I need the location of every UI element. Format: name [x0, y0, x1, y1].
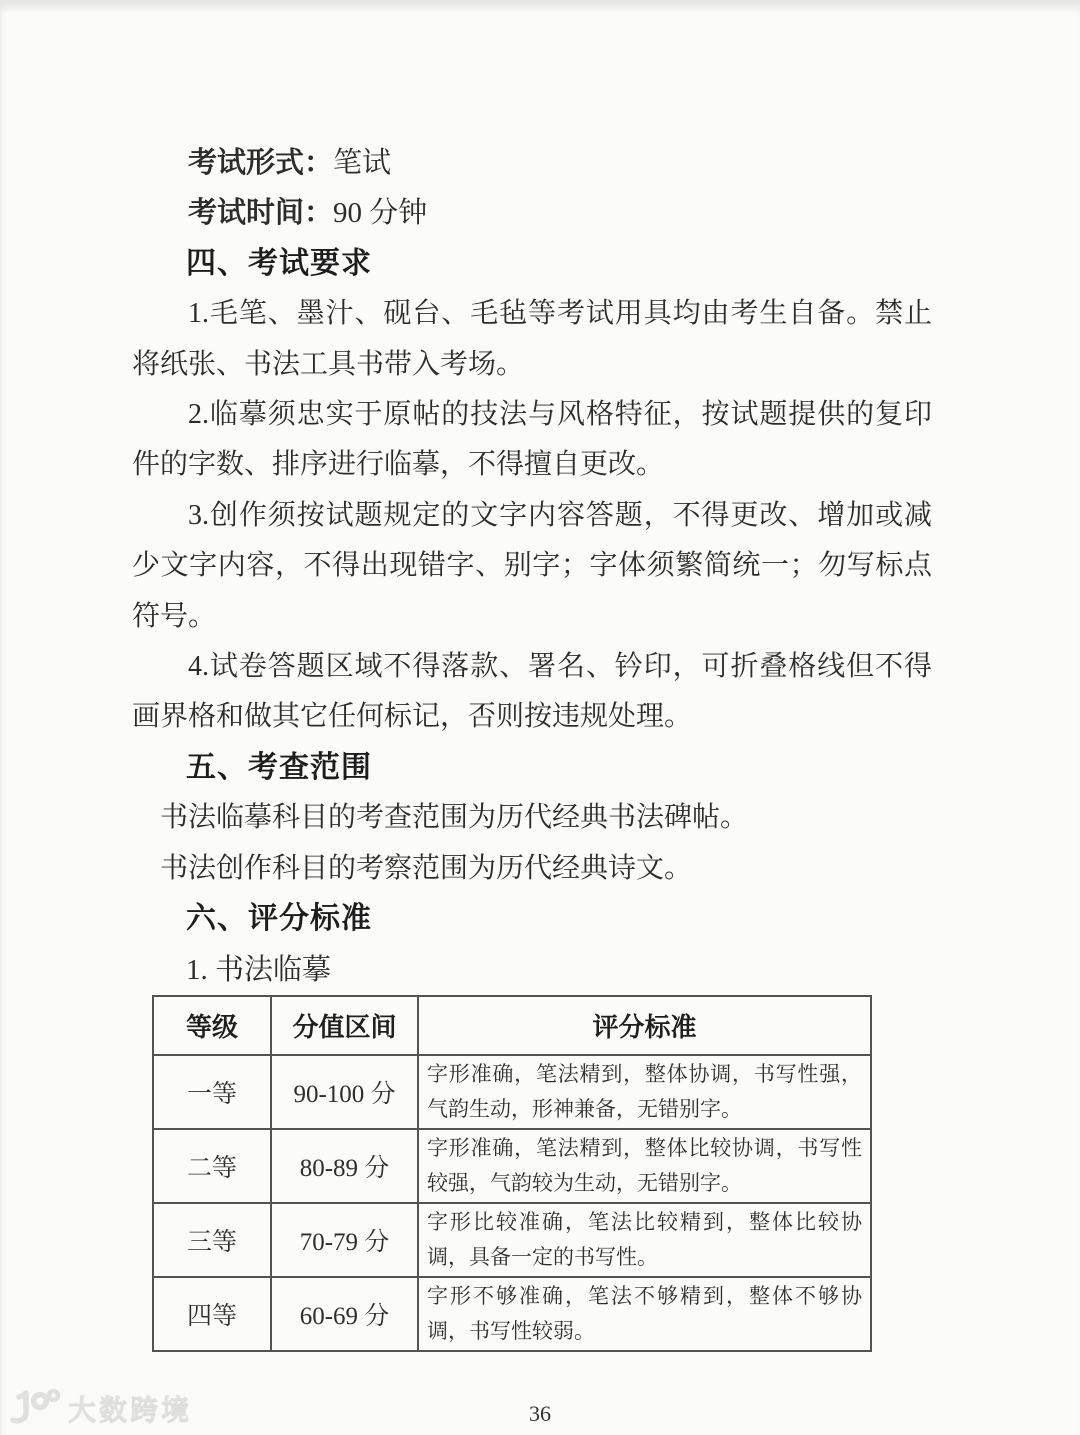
- table-header-grade: 等级: [153, 996, 271, 1055]
- table-row-grade-1: 一等 90-100 分 字形准确，笔法精到，整体协调，书写性强，气韵生动，形神兼…: [153, 1055, 871, 1129]
- requirement-paragraph-4: 4.试卷答题区域不得落款、署名、钤印，可折叠格线但不得画界格和做其它任何标记，否…: [132, 642, 932, 743]
- table-header-score-range: 分值区间: [271, 996, 418, 1055]
- table-row-grade-3: 三等 70-79 分 字形比较准确，笔法比较精到，整体比较协调，具备一定的书写性…: [153, 1203, 871, 1277]
- table-row-grade-4: 四等 60-69 分 字形不够准确，笔法不够精到，整体不够协调，书写性较弱。: [153, 1277, 871, 1351]
- requirement-paragraph-2: 2.临摹须忠实于原帖的技法与风格特征，按试题提供的复印件的字数、排序进行临摹，不…: [132, 390, 932, 491]
- scope-line-copying: 书法临摹科目的考查范围为历代经典书法碑帖。: [132, 793, 932, 843]
- grade-cell: 三等: [153, 1203, 271, 1277]
- page-top-edge: [0, 0, 1080, 14]
- criteria-cell: 字形比较准确，笔法比较精到，整体比较协调，具备一定的书写性。: [418, 1203, 871, 1277]
- scope-line-creation: 书法创作科目的考察范围为历代经典诗文。: [132, 844, 932, 894]
- table-header-row: 等级 分值区间 评分标准: [153, 996, 871, 1055]
- exam-duration-label: 考试时间：: [188, 197, 333, 229]
- grade-cell: 二等: [153, 1129, 271, 1203]
- score-range-cell: 90-100 分: [271, 1055, 418, 1129]
- table-header-criteria: 评分标准: [418, 996, 871, 1055]
- exam-duration-line: 考试时间：90 分钟: [132, 188, 932, 238]
- criteria-cell: 字形准确，笔法精到，整体协调，书写性强，气韵生动，形神兼备，无错别字。: [418, 1055, 871, 1129]
- exam-format-value: 笔试: [333, 147, 391, 179]
- score-range-cell: 70-79 分: [271, 1203, 418, 1277]
- document-content: 考试形式：笔试 考试时间：90 分钟 四、考试要求 1.毛笔、墨汁、砚台、毛毡等…: [132, 138, 932, 1352]
- criteria-cell: 字形准确，笔法精到，整体比较协调，书写性较强，气韵较为生动，无错别字。: [418, 1129, 871, 1203]
- exam-duration-value: 90 分钟: [333, 197, 427, 229]
- requirement-paragraph-1: 1.毛笔、墨汁、砚台、毛毡等考试用具均由考生自备。禁止将纸张、书法工具书带入考场…: [132, 289, 932, 390]
- score-range-cell: 60-69 分: [271, 1277, 418, 1351]
- document-page: 考试形式：笔试 考试时间：90 分钟 四、考试要求 1.毛笔、墨汁、砚台、毛毡等…: [0, 0, 1080, 1435]
- score-range-cell: 80-89 分: [271, 1129, 418, 1203]
- exam-format-line: 考试形式：笔试: [132, 138, 932, 188]
- subheading-calligraphy-copying: 1. 书法临摹: [132, 945, 932, 995]
- exam-format-label: 考试形式：: [188, 147, 333, 179]
- criteria-cell: 字形不够准确，笔法不够精到，整体不够协调，书写性较弱。: [418, 1277, 871, 1351]
- section-heading-requirements: 四、考试要求: [132, 239, 932, 289]
- page-number: 36: [0, 1401, 1080, 1427]
- table-row-grade-2: 二等 80-89 分 字形准确，笔法精到，整体比较协调，书写性较强，气韵较为生动…: [153, 1129, 871, 1203]
- scoring-table: 等级 分值区间 评分标准 一等 90-100 分 字形准确，笔法精到，整体协调，…: [152, 995, 872, 1352]
- section-heading-scoring: 六、评分标准: [132, 894, 932, 944]
- grade-cell: 四等: [153, 1277, 271, 1351]
- section-heading-scope: 五、考查范围: [132, 743, 932, 793]
- requirement-paragraph-3: 3.创作须按试题规定的文字内容答题，不得更改、增加或减少文字内容，不得出现错字、…: [132, 491, 932, 642]
- grade-cell: 一等: [153, 1055, 271, 1129]
